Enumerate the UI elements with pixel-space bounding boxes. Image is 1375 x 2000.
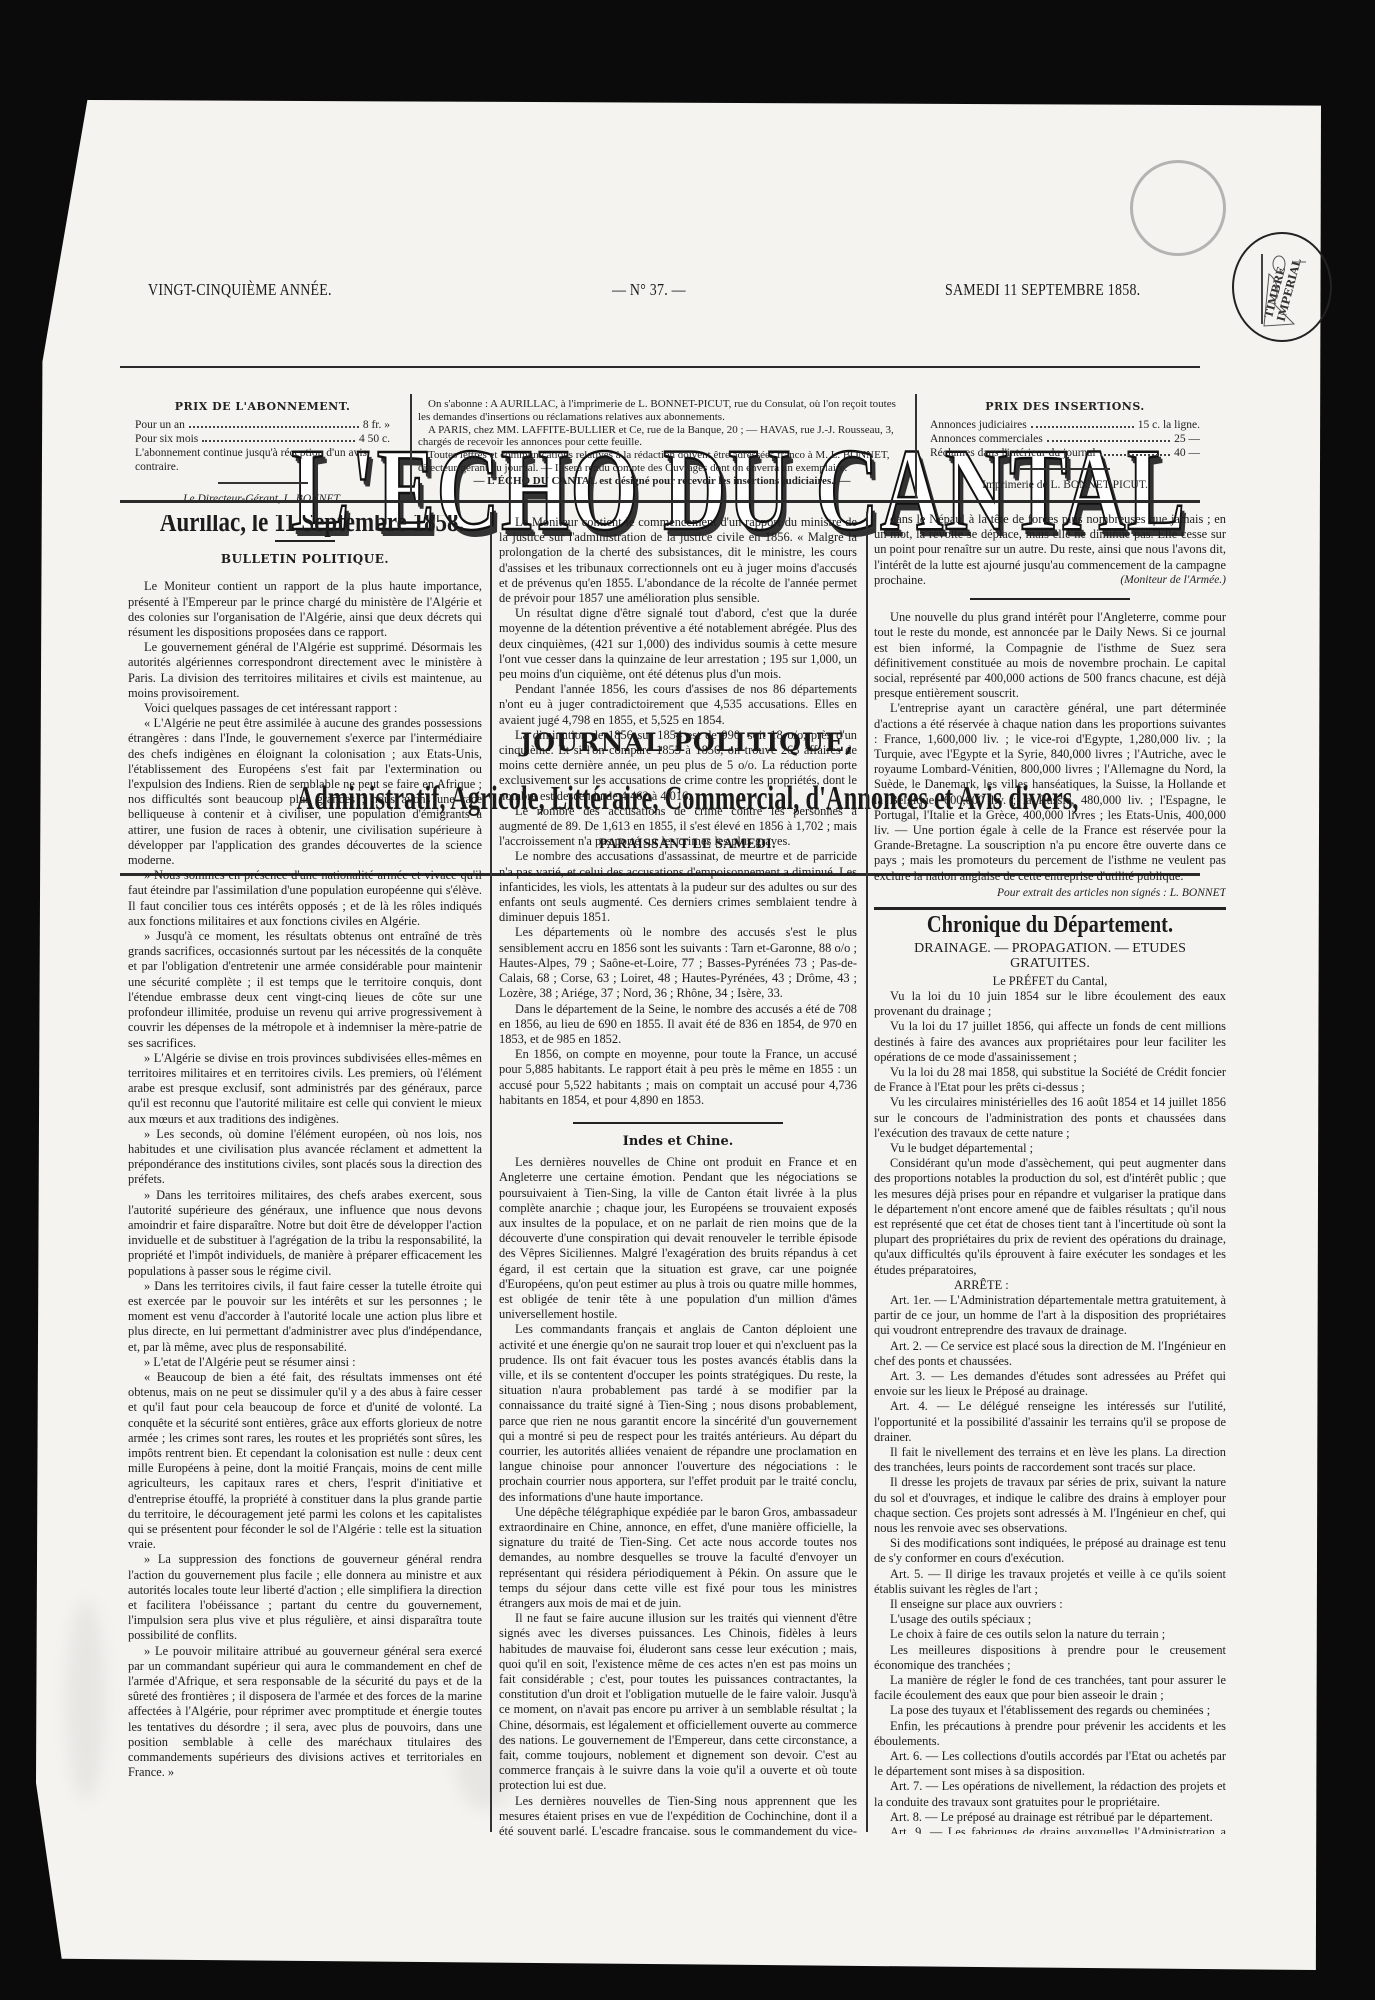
insertions-heading: PRIX DES INSERTIONS. — [930, 400, 1200, 414]
article-paragraph: Art. 1er. — L'Administration département… — [874, 1293, 1226, 1339]
article-paragraph: Les dernières nouvelles de Tien-Sing nou… — [499, 1794, 857, 1835]
article-paragraph: « L'Algérie ne peut être assimilée à auc… — [128, 716, 482, 868]
article-paragraph: Le nombre des accusations d'assassinat, … — [499, 849, 857, 925]
insertion-row: Annonces commerciales25 — — [930, 432, 1200, 446]
article-paragraph: Art. 4. — Le délégué renseigne les intér… — [874, 1399, 1226, 1445]
article-paragraph: La pose des tuyaux et l'établissement de… — [874, 1703, 1226, 1718]
column-divider — [866, 512, 868, 1832]
article-paragraph: Vu la loi du 17 juillet 1856, qui affect… — [874, 1019, 1226, 1065]
article-paragraph: » Le pouvoir militaire attribué au gouve… — [128, 1644, 482, 1781]
judicial-notice: — L'ÉCHO DU CANTAL est désigné pour rece… — [418, 475, 906, 488]
article-paragraph: Vu les circulaires ministérielles des 16… — [874, 1095, 1226, 1141]
article-paragraph: Dans le département de la Seine, le nomb… — [499, 1002, 857, 1048]
article-paragraph: Art. 7. — Les opérations de nivellement,… — [874, 1779, 1226, 1809]
article-paragraph: Art. 6. — Les collections d'outils accor… — [874, 1749, 1226, 1779]
article-paragraph: Les dernières nouvelles de Chine ont pro… — [499, 1155, 857, 1322]
article-paragraph: Enfin, les précautions à prendre pour pr… — [874, 1719, 1226, 1749]
article-paragraph: Si des modifications sont indiquées, le … — [874, 1536, 1226, 1566]
contact-aurillac: On s'abonne : A AURILLAC, à l'imprimerie… — [418, 398, 906, 424]
info-divider — [410, 394, 412, 498]
extract-note: Pour extrait des articles non signés : L… — [874, 886, 1226, 901]
info-divider — [915, 394, 917, 498]
column-1: Aurillac, le 11 Septembre 1858. BULLETIN… — [128, 515, 482, 1835]
article-paragraph: Le Moniteur contient le commencement d'u… — [499, 515, 857, 606]
prefect-line: Le PRÉFET du Cantal, — [874, 974, 1226, 989]
article-paragraph: » Dans les territoires civils, il faut f… — [128, 1279, 482, 1355]
article-paragraph: La diminution de 1856 sur 1854 est de 99… — [499, 728, 857, 804]
printer-line: Imprimerie de L. BONNET-PICUT. — [930, 478, 1200, 492]
info-bottom-rule — [120, 500, 1200, 503]
article-paragraph: Vu la loi du 10 juin 1854 sur le libre é… — [874, 989, 1226, 1019]
dateline: Aurillac, le 11 Septembre 1858. — [160, 515, 450, 530]
article-paragraph: « Beaucoup de bien a été fait, des résul… — [128, 1370, 482, 1552]
article-paragraph: Les départements où le nombre des accusé… — [499, 925, 857, 1001]
article-paragraph: Une dépêche télégraphique expédiée par l… — [499, 1505, 857, 1611]
article-paragraph: Art. 8. — Le préposé au drainage est rét… — [874, 1810, 1226, 1825]
article-paragraph: Art. 2. — Ce service est placé sous la d… — [874, 1339, 1226, 1369]
article-paragraph: Considérant qu'un mode d'assèchement, qu… — [874, 1156, 1226, 1278]
article-paragraph: » Les seconds, où domine l'élément europ… — [128, 1127, 482, 1188]
insertion-row: Réclames dans l'intérieur du journal40 — — [930, 446, 1200, 460]
contact-letters: Toutes lettres et communications relativ… — [418, 449, 906, 475]
article-paragraph: Il fait le nivellement des terrains et e… — [874, 1445, 1226, 1475]
article-paragraph: Le gouvernement général de l'Algérie est… — [128, 640, 482, 701]
drainage-heading: DRAINAGE. — PROPAGATION. — ETUDES GRATUI… — [874, 941, 1226, 971]
column-divider — [490, 512, 492, 1832]
subscription-row: Pour un an8 fr. » — [135, 418, 390, 432]
issue-date: SAMEDI 11 SEPTEMBRE 1858. — [945, 280, 1140, 300]
contact-paris: A PARIS, chez MM. LAFFITE-BULLIER et Ce,… — [418, 424, 906, 450]
director-signature: Le Directeur-Gérant, L. BONNET. — [135, 492, 390, 506]
section-indes-et-chine: Indes et Chine. — [499, 1134, 857, 1149]
article-paragraph: Les meilleures dispositions à prendre po… — [874, 1643, 1226, 1673]
article-paragraph: Il enseigne sur place aux ouvriers : — [874, 1597, 1226, 1612]
year-label: VINGT-CINQUIÈME ANNÉE. — [148, 280, 332, 300]
insertion-row: Annonces judiciaires15 c. la ligne. — [930, 418, 1200, 432]
article-paragraph: Une nouvelle du plus grand intérêt pour … — [874, 610, 1226, 701]
article-paragraph: » Dans les territoires militaires, des c… — [128, 1188, 482, 1279]
article-paragraph: Art. 9. — Les fabriques de drains auxque… — [874, 1825, 1226, 1834]
section-bulletin-politique: BULLETIN POLITIQUE. — [128, 552, 482, 567]
column-2: Le Moniteur contient le commencement d'u… — [499, 515, 857, 1835]
article-paragraph: » L'etat de l'Algérie peut se résumer ai… — [128, 1355, 482, 1370]
article-paragraph: L'entreprise ayant un caractère général,… — [874, 701, 1226, 883]
arrete-line: ARRÊTE : — [874, 1278, 1226, 1293]
subscription-note: L'abonnement continue jusqu'à réception … — [135, 446, 390, 474]
imperial-stamp-icon: TIMBRE IMPERIAL — [1232, 232, 1332, 342]
contact-box: On s'abonne : A AURILLAC, à l'imprimerie… — [418, 398, 906, 488]
postmark-stamp-icon — [1130, 160, 1226, 256]
article-paragraph: Pendant l'année 1856, les cours d'assise… — [499, 682, 857, 728]
article-paragraph: Un résultat digne d'être signalé tout d'… — [499, 606, 857, 682]
article-paragraph: Le choix à faire de ces outils selon la … — [874, 1627, 1226, 1642]
subscription-heading: PRIX DE L'ABONNEMENT. — [135, 400, 390, 414]
source-attribution: (Moniteur de l'Armée.) — [874, 573, 1226, 588]
article-paragraph: Vu la loi du 28 mai 1858, qui substitue … — [874, 1065, 1226, 1095]
article-paragraph: » L'Algérie se divise en trois provinces… — [128, 1051, 482, 1127]
column-3: dans le Népaul à la tête de forces plus … — [874, 512, 1226, 1834]
article-paragraph: Voici quelques passages de cet intéressa… — [128, 701, 482, 716]
article-paragraph: En 1856, on compte en moyenne, pour tout… — [499, 1047, 857, 1108]
article-paragraph: Le nombre des accusations de crime contr… — [499, 804, 857, 850]
seated-figure-icon — [1234, 234, 1330, 340]
article-paragraph: Vu le budget départemental ; — [874, 1141, 1226, 1156]
article-paragraph: Le Moniteur contient un rapport de la pl… — [128, 579, 482, 640]
article-paragraph: » Nous sommes en présence d'une national… — [128, 868, 482, 929]
article-paragraph: L'usage des outils spéciaux ; — [874, 1612, 1226, 1627]
subscription-box: PRIX DE L'ABONNEMENT. Pour un an8 fr. » … — [135, 400, 390, 506]
insertions-box: PRIX DES INSERTIONS. Annonces judiciaire… — [930, 400, 1200, 492]
article-paragraph: La manière de régler le fond de ces tran… — [874, 1673, 1226, 1703]
masthead-top-rule — [120, 366, 1200, 368]
article-paragraph: Art. 5. — Il dirige les travaux projetés… — [874, 1567, 1226, 1597]
article-paragraph: » Jusqu'à ce moment, les résultats obten… — [128, 929, 482, 1051]
article-paragraph: Il ne faut se faire aucune illusion sur … — [499, 1611, 857, 1793]
subscription-row: Pour six mois4 50 c. — [135, 432, 390, 446]
article-paragraph: Les commandants français et anglais de C… — [499, 1322, 857, 1504]
article-paragraph: Art. 3. — Les demandes d'études sont adr… — [874, 1369, 1226, 1399]
section-chronique: Chronique du Département. — [900, 918, 1199, 933]
article-paragraph: » La suppression des fonctions de gouver… — [128, 1552, 482, 1643]
article-paragraph: Il dresse les projets de travaux par sér… — [874, 1475, 1226, 1536]
issue-number: — N° 37. — — [612, 280, 686, 300]
